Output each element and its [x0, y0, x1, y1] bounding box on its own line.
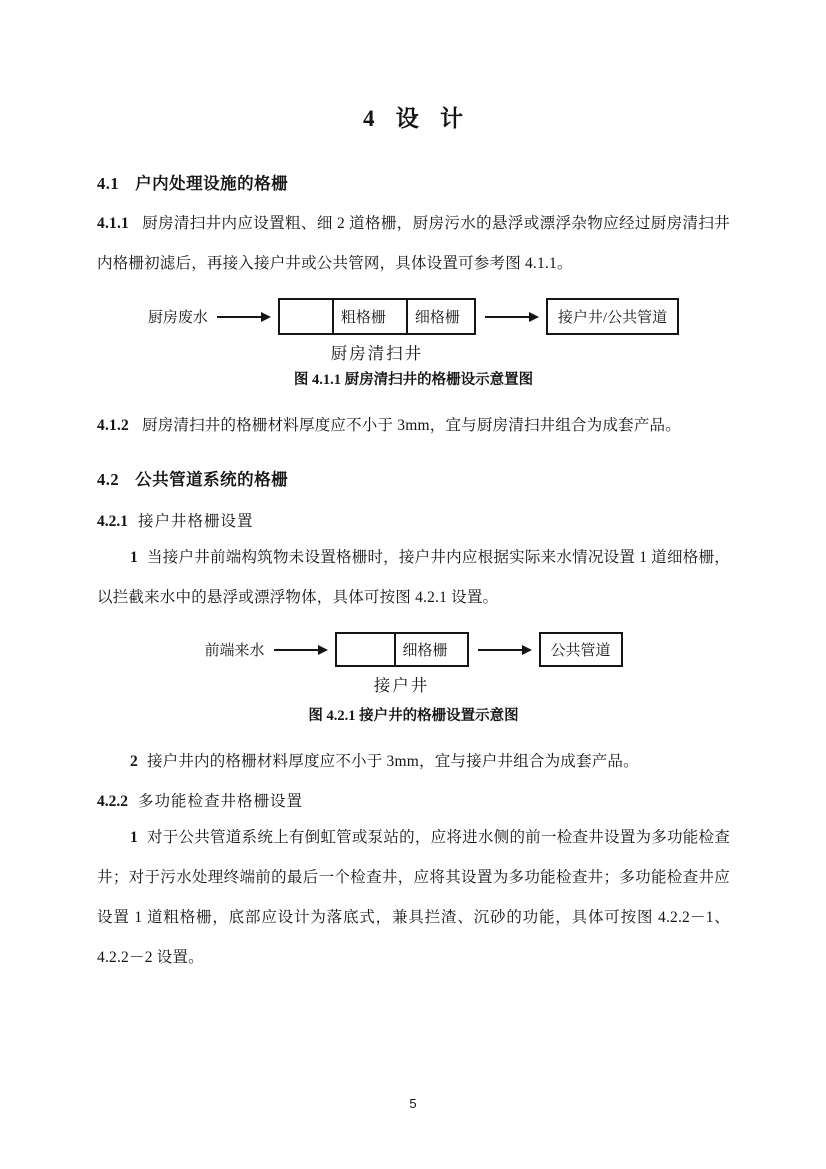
- paragraph-4-1-2: 4.1.2厨房清扫井的格栅材料厚度应不小于 3mm，宜与厨房清扫井组合为成套产品…: [97, 406, 730, 446]
- paragraph-number: 4.1.1: [97, 215, 129, 232]
- page-number: 5: [0, 1096, 826, 1111]
- figure-caption: 图 4.1.1 厨房清扫井的格栅设示意置图: [97, 371, 730, 390]
- item-number: 1: [130, 549, 138, 566]
- well-name-label: 厨房清扫井: [278, 340, 476, 364]
- paragraph-text: 当接户井前端构筑物未设置格栅时，接户井内应根据实际来水情况设置 1 道细格栅，以…: [97, 549, 730, 606]
- arrow-right-icon: [478, 649, 530, 651]
- well-box-group: 细格栅 接户井: [335, 632, 469, 667]
- diagram-row: 前端来水 细格栅 接户井 公共管道: [97, 632, 730, 667]
- well-cell-coarse-grille: 粗格栅: [332, 300, 406, 333]
- item-number: 1: [130, 829, 138, 846]
- subsection-number: 4.2.2: [97, 793, 128, 810]
- well-cell-inlet: [280, 300, 332, 333]
- well-cell-inlet: [337, 634, 394, 665]
- paragraph-4-2-1-item-1: 1当接户井前端构筑物未设置格栅时，接户井内应根据实际来水情况设置 1 道细格栅，…: [97, 538, 730, 618]
- destination-box: 接户井/公共管道: [546, 298, 679, 335]
- well-cell-fine-grille: 细格栅: [394, 634, 467, 665]
- document-page: 4 设 计 4.1户内处理设施的格栅 4.1.1厨房清扫井内应设置粗、细 2 道…: [0, 0, 826, 1169]
- arrow-right-icon: [485, 316, 537, 318]
- figure-caption: 图 4.2.1 接户井的格栅设置示意图: [97, 707, 730, 726]
- paragraph-number: 4.1.2: [97, 417, 129, 434]
- subsection-heading-4-2-1: 4.2.1接户井格栅设置: [97, 512, 730, 532]
- paragraph-text: 厨房清扫井内应设置粗、细 2 道格栅，厨房污水的悬浮或漂浮杂物应经过厨房清扫井内…: [97, 215, 730, 272]
- well-box: 粗格栅 细格栅: [278, 298, 476, 335]
- page-title: 4 设 计: [97, 0, 730, 134]
- section-heading-4-2: 4.2公共管道系统的格栅: [97, 470, 730, 490]
- section-number: 4.2: [97, 470, 119, 489]
- diagram-row: 厨房废水 粗格栅 细格栅 厨房清扫井 接户井/公共管道: [97, 298, 730, 335]
- source-label: 前端来水: [204, 639, 264, 660]
- item-number: 2: [130, 753, 138, 770]
- subsection-heading-4-2-2: 4.2.2多功能检查井格栅设置: [97, 792, 730, 812]
- section-title: 公共管道系统的格栅: [135, 470, 288, 489]
- flow-diagram-connection-well: 前端来水 细格栅 接户井 公共管道 图 4.2.1 接户井的格栅设置示意图: [97, 632, 730, 726]
- section-title: 户内处理设施的格栅: [135, 174, 288, 193]
- well-name-label: 接户井: [335, 672, 469, 696]
- paragraph-4-1-1: 4.1.1厨房清扫井内应设置粗、细 2 道格栅，厨房污水的悬浮或漂浮杂物应经过厨…: [97, 204, 730, 284]
- paragraph-text: 接户井内的格栅材料厚度应不小于 3mm，宜与接户井组合为成套产品。: [147, 753, 639, 770]
- paragraph-text: 对于公共管道系统上有倒虹管或泵站的，应将进水侧的前一检查井设置为多功能检查井；对…: [97, 829, 730, 966]
- arrow-right-icon: [217, 316, 269, 318]
- subsection-title: 多功能检查井格栅设置: [138, 793, 303, 810]
- section-heading-4-1: 4.1户内处理设施的格栅: [97, 174, 730, 194]
- well-cell-fine-grille: 细格栅: [406, 300, 474, 333]
- destination-box: 公共管道: [539, 632, 623, 667]
- subsection-number: 4.2.1: [97, 513, 128, 530]
- source-label: 厨房废水: [148, 306, 208, 327]
- subsection-title: 接户井格栅设置: [138, 513, 254, 530]
- paragraph-text: 厨房清扫井的格栅材料厚度应不小于 3mm，宜与厨房清扫井组合为成套产品。: [142, 417, 681, 434]
- well-box: 细格栅: [335, 632, 469, 667]
- flow-diagram-kitchen-well: 厨房废水 粗格栅 细格栅 厨房清扫井 接户井/公共管道 图 4.1.1 厨房清扫…: [97, 298, 730, 390]
- arrow-right-icon: [274, 649, 326, 651]
- paragraph-4-2-1-item-2: 2接户井内的格栅材料厚度应不小于 3mm，宜与接户井组合为成套产品。: [97, 742, 730, 782]
- section-number: 4.1: [97, 174, 119, 193]
- paragraph-4-2-2-item-1: 1对于公共管道系统上有倒虹管或泵站的，应将进水侧的前一检查井设置为多功能检查井；…: [97, 818, 730, 978]
- well-box-group: 粗格栅 细格栅 厨房清扫井: [278, 298, 476, 335]
